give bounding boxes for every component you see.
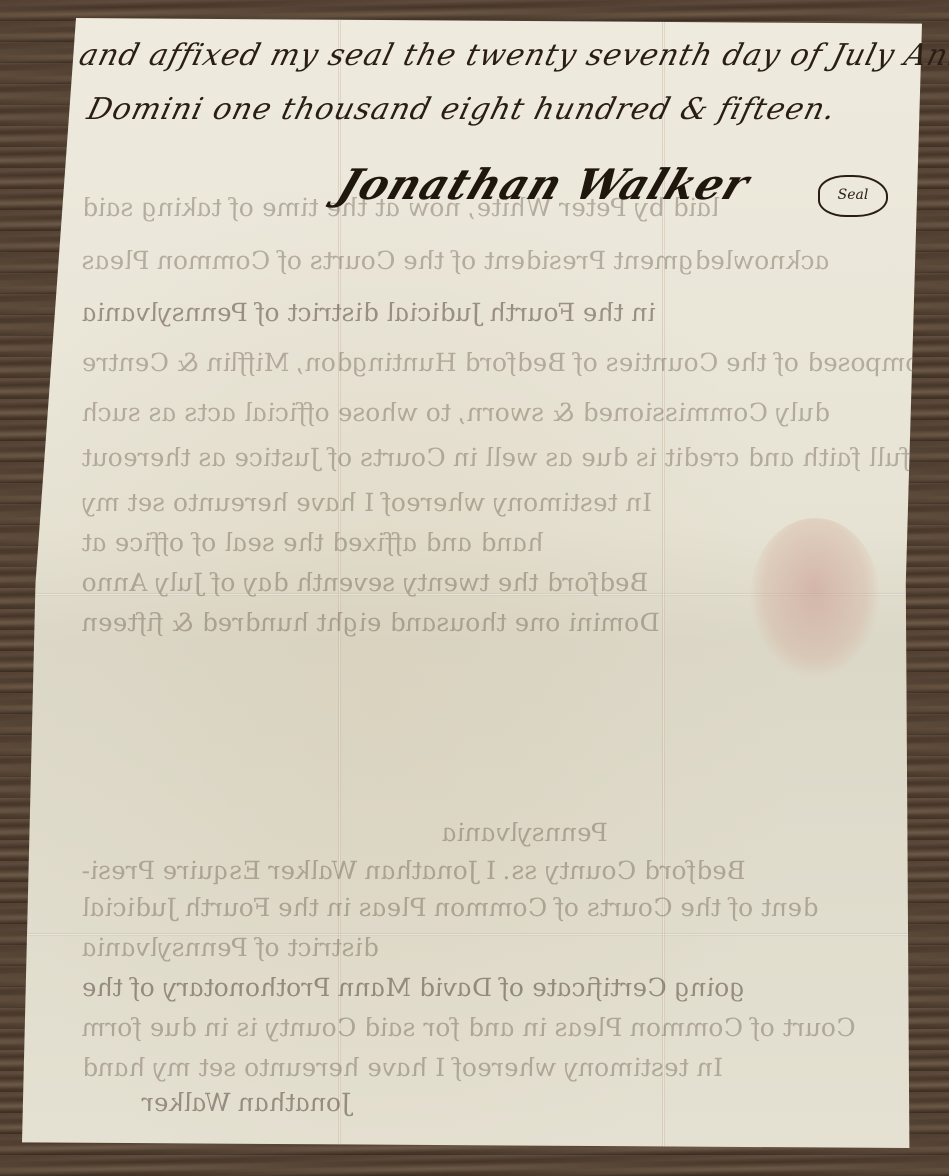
letter-text-line: and affixed my seal the twenty seventh d… [76, 38, 949, 73]
bleed-through-line: Domini one thousand eight hundred & fift… [79, 608, 663, 637]
bleed-through-line: Bedford County ss. I Jonathan Walker Esq… [79, 856, 749, 885]
bleed-through-line: duly Commissioned & sworn, to whose offi… [79, 398, 833, 427]
bleed-through-line: composed of the Counties of Bedford Hunt… [79, 348, 938, 377]
bleed-through-line: Pennsylvania [439, 818, 611, 847]
bleed-through-line: full faith and credit is due as well in … [79, 443, 913, 472]
wax-seal-stain [750, 518, 880, 678]
bleed-through-line: dent of the Courts of Common Pleas in th… [79, 893, 822, 922]
bleed-through-line: going Certificate of David Mann Prothono… [79, 973, 749, 1002]
bleed-through-line: in the Fourth Judicial district of Penns… [79, 298, 659, 327]
bleed-through-signature: Jonathan Walker [139, 1088, 355, 1117]
bleed-through-line: district of Pennsylvania [79, 933, 382, 962]
bleed-through-line: Bedford the twenty seventh day of July A… [79, 568, 651, 597]
bleed-through-line: In testimony whereof I have hereunto set… [79, 1053, 726, 1082]
bleed-through-line: In testimony whereof I have hereunto set… [79, 488, 655, 517]
bleed-through-line: Court of Common Pleas in and for said Co… [79, 1013, 859, 1042]
letter-text-line: Domini one thousand eight hundred & fift… [84, 92, 840, 127]
signature: Jonathan Walker [331, 160, 756, 209]
bleed-through-line: acknowledgment President of the Courts o… [79, 246, 833, 275]
seal-mark: Seal [818, 175, 888, 217]
bleed-through-line: hand and affixed the seal of office at [79, 528, 547, 557]
